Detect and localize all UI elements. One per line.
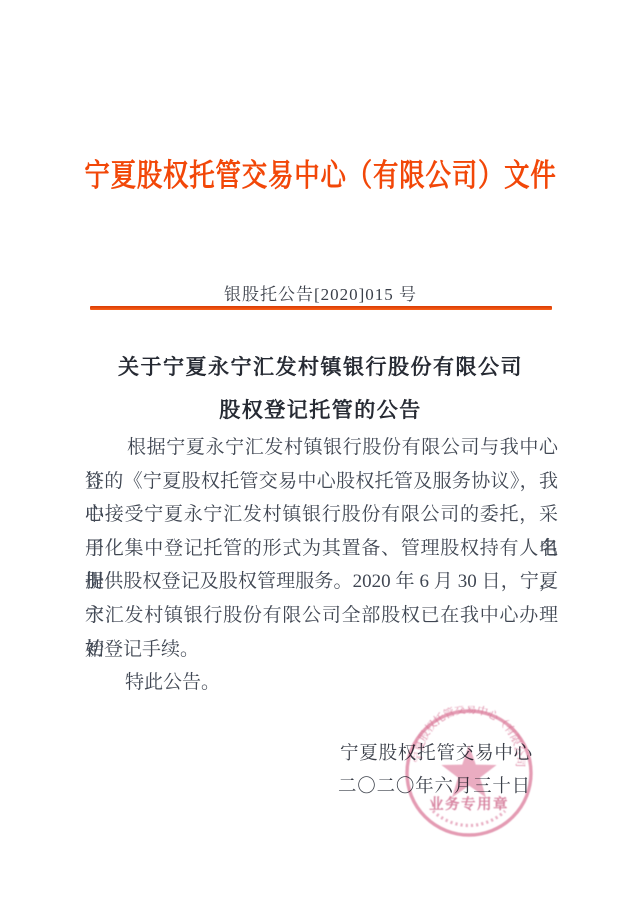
announcement-title-line1: 关于宁夏永宁汇发村镇银行股份有限公司: [0, 346, 641, 389]
body-line: 心接受宁夏永宁汇发村镇银行股份有限公司的委托，采用电: [85, 498, 558, 532]
document-number: 银股托公告[2020]015 号: [0, 280, 641, 305]
issuer-signature: 宁夏股权托管交易中心: [340, 739, 533, 765]
body-line: 根据宁夏永宁汇发村镇银行股份有限公司与我中心签: [85, 431, 558, 465]
seal-bottom-microtext: [433, 811, 505, 825]
body-line: 始登记手续。: [85, 633, 558, 667]
announcement-title: 关于宁夏永宁汇发村镇银行股份有限公司 股权登记托管的公告: [0, 346, 641, 432]
body-line: 子化集中登记托管的形式为其置备、管理股权持有人名册，: [85, 532, 558, 566]
body-line: 订的《宁夏股权托管交易中心股权托管及服务协议》，我中: [85, 465, 558, 499]
issue-date: 二〇二〇年六月三十日: [338, 772, 531, 798]
letterhead-divider-rule: [90, 306, 552, 310]
document-page: 宁夏股权托管交易中心（有限公司）文件 银股托公告[2020]015 号 关于宁夏…: [0, 0, 641, 900]
body-line: 宁汇发村镇银行股份有限公司全部股权已在我中心办理初: [85, 599, 558, 633]
letterhead-title: 宁夏股权托管交易中心（有限公司）文件: [58, 150, 584, 195]
announcement-title-line2: 股权登记托管的公告: [0, 389, 641, 432]
body-paragraph: 根据宁夏永宁汇发村镇银行股份有限公司与我中心签 订的《宁夏股权托管交易中心股权托…: [85, 431, 558, 700]
closing-line: 特此公告。: [85, 666, 558, 700]
body-line: 提供股权登记及股权管理服务。2020 年 6 月 30 日，宁夏永: [85, 565, 558, 599]
